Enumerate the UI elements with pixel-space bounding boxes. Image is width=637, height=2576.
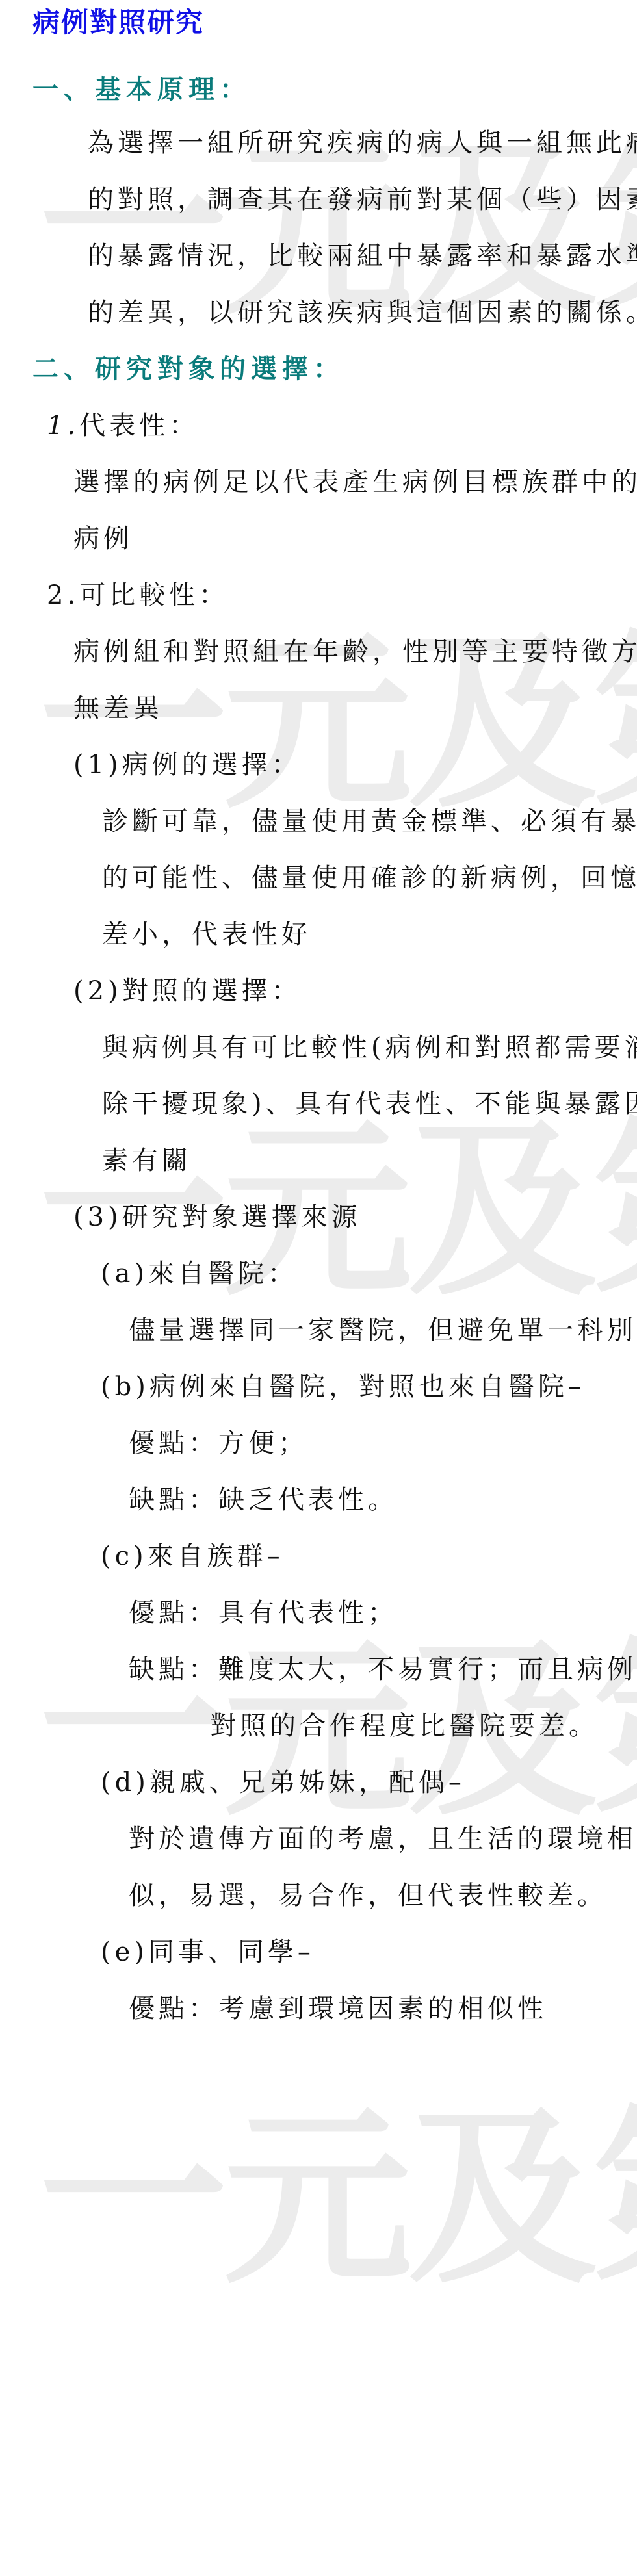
source-heading: (e)同事、同學– — [101, 1939, 315, 1965]
paragraph-line: 診斷可靠，儘量使用黃金標準、必須有暴露 — [102, 808, 637, 834]
watermark: 一元及第 — [39, 136, 637, 325]
item-label: 可比較性： — [79, 580, 229, 610]
paragraph-line: 無差異 — [73, 695, 163, 721]
paragraph-line: 優點：具有代表性； — [129, 1600, 398, 1626]
subitem-heading: (3)研究對象選擇來源 — [73, 1204, 361, 1230]
item-heading-representativeness: 1.代表性： — [47, 413, 199, 439]
paragraph-line: 差小，代表性好 — [102, 921, 311, 947]
section-heading-basic-principle: 一、基本原理： — [32, 77, 251, 103]
paragraph-line: 對於遺傳方面的考慮，且生活的環境相 — [129, 1826, 637, 1852]
paragraph-line: 優點：考慮到環境因素的相似性 — [129, 1996, 547, 2022]
item-label: 代表性： — [79, 411, 199, 441]
paragraph-line: 對照的合作程度比醫院要差。 — [210, 1713, 599, 1739]
paragraph-line: 病例組和對照組在年齡，性別等主要特徵方面 — [73, 639, 637, 665]
item-number: 2. — [47, 580, 79, 610]
watermark: 一元及第 — [39, 2106, 637, 2294]
source-heading: (d)親戚、兄弟姊妹，配偶– — [101, 1770, 465, 1796]
item-heading-comparability: 2.可比較性： — [47, 582, 229, 608]
section-heading-subject-selection: 二、研究對象的選擇： — [32, 356, 344, 382]
paragraph-line: 與病例具有可比較性(病例和對照都需要消 — [102, 1035, 637, 1061]
subitem-heading: (2)對照的選擇： — [73, 978, 302, 1004]
subitem-heading: (1)病例的選擇： — [73, 752, 302, 778]
paragraph-line: 除干擾現象)、具有代表性、不能與暴露因 — [102, 1091, 637, 1117]
paragraph-line: 儘量選擇同一家醫院，但避免單一科別。 — [129, 1317, 637, 1343]
paragraph-line: 缺點：缺乏代表性。 — [129, 1487, 398, 1513]
paragraph-line: 的可能性、儘量使用確診的新病例，回憶偏 — [102, 865, 637, 891]
paragraph-line: 病例 — [73, 526, 133, 552]
paragraph-line: 缺點：難度太大，不易實行；而且病例與 — [129, 1656, 637, 1682]
item-number: 1. — [47, 411, 79, 441]
paragraph-line: 的對照，調查其在發病前對某個（些）因素 — [88, 187, 637, 213]
source-heading: (b)病例來自醫院，對照也來自醫院– — [101, 1374, 585, 1400]
paragraph-line: 的差異，以研究該疾病與這個因素的關係。 — [88, 300, 637, 326]
paragraph-line: 選擇的病例足以代表產生病例目標族群中的 — [73, 469, 637, 495]
source-heading: (a)來自醫院： — [101, 1261, 298, 1287]
paragraph-line: 似，易選，易合作，但代表性較差。 — [129, 1883, 607, 1909]
paragraph-line: 為選擇一組所研究疾病的病人與一組無此病 — [88, 130, 637, 156]
paragraph-line: 優點：方便； — [129, 1430, 308, 1456]
paragraph-line: 的暴露情況，比較兩組中暴露率和暴露水準 — [88, 243, 637, 269]
source-heading: (c)來自族群– — [101, 1543, 284, 1569]
paragraph-line: 素有關 — [102, 1148, 192, 1174]
page-title: 病例對照研究 — [32, 9, 204, 36]
